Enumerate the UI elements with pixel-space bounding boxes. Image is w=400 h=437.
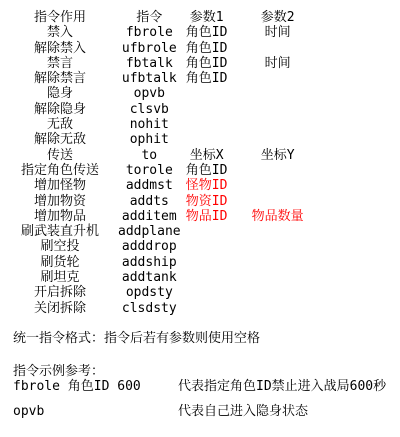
param2-cell [233,224,323,239]
table-row: 刷武装直升机addplane [2,224,323,239]
table-row: 增加物品additem物品ID物品数量 [2,209,323,224]
example-description: 代表指定角色ID禁止进入战局600秒 [178,379,400,394]
table-row: 开启拆除opdsty [2,285,323,300]
param2-cell [233,301,323,316]
action-cell: 指定角色传送 [2,163,118,178]
param2-cell [233,86,323,101]
action-cell: 刷货轮 [2,255,118,270]
param1-cell: 角色ID [181,71,233,86]
param1-cell: 角色ID [181,163,233,178]
param2-cell [233,270,323,285]
table-row: 禁入fbrole角色ID时间 [2,25,323,40]
example-row: fbrole 角色ID 600 代表指定角色ID禁止进入战局600秒 [13,379,400,394]
param1-cell [181,117,233,132]
examples-title: 指令示例参考： [13,364,400,379]
param1-cell: 怪物ID [181,178,233,193]
action-cell: 刷空投 [2,239,118,254]
action-cell: 解除隐身 [2,102,118,117]
param2-cell [233,194,323,209]
command-cell: addship [118,255,181,270]
table-row: 刷货轮addship [2,255,323,270]
table-row: 禁言fbtalk角色ID时间 [2,56,323,71]
table-row: 解除无敌ophit [2,132,323,147]
action-cell: 解除无敌 [2,132,118,147]
action-cell: 禁入 [2,25,118,40]
command-cell: additem [118,209,181,224]
param1-cell [181,255,233,270]
param2-cell [233,117,323,132]
table-header-row: 指令作用 指令 参数1 参数2 [2,10,323,25]
example-command: opvb [13,404,178,419]
command-cell: opvb [118,86,181,101]
action-cell: 开启拆除 [2,285,118,300]
command-cell: clsvb [118,102,181,117]
table-row: 解除隐身clsvb [2,102,323,117]
param1-cell: 物资ID [181,194,233,209]
param2-cell [233,41,323,56]
action-cell: 增加物品 [2,209,118,224]
param2-cell: 时间 [233,25,323,40]
table-row: 指定角色传送torole角色ID [2,163,323,178]
param2-cell [233,71,323,86]
param2-cell [233,132,323,147]
command-cell: fbtalk [118,56,181,71]
action-cell: 增加物资 [2,194,118,209]
table-row: 传送to坐标X坐标Y [2,148,323,163]
header-command: 指令 [118,10,181,25]
param1-cell [181,132,233,147]
command-cell: adddrop [118,239,181,254]
action-cell: 无敌 [2,117,118,132]
command-cell: fbrole [118,25,181,40]
param2-cell [233,163,323,178]
table-row: 关闭拆除clsdsty [2,301,323,316]
table-row: 刷空投adddrop [2,239,323,254]
header-param2: 参数2 [233,10,323,25]
param1-cell [181,102,233,117]
format-note: 统一指令格式：指令后若有参数则使用空格 [13,331,400,346]
action-cell: 禁言 [2,56,118,71]
param2-cell: 物品数量 [233,209,323,224]
action-cell: 传送 [2,148,118,163]
command-cell: to [118,148,181,163]
action-cell: 刷武装直升机 [2,224,118,239]
header-param1: 参数1 [181,10,233,25]
param1-cell: 物品ID [181,209,233,224]
command-cell: addts [118,194,181,209]
command-table: 指令作用 指令 参数1 参数2 禁入fbrole角色ID时间解除禁入ufbrol… [2,10,323,316]
command-cell: ophit [118,132,181,147]
param2-cell [233,285,323,300]
command-cell: torole [118,163,181,178]
param1-cell: 角色ID [181,56,233,71]
example-row: opvb 代表自己进入隐身状态 [13,404,400,419]
param1-cell [181,239,233,254]
param2-cell: 时间 [233,56,323,71]
param2-cell [233,255,323,270]
action-cell: 解除禁入 [2,41,118,56]
command-cell: addmst [118,178,181,193]
command-cell: nohit [118,117,181,132]
param1-cell [181,270,233,285]
header-action: 指令作用 [2,10,118,25]
example-description: 代表自己进入隐身状态 [178,404,400,419]
table-row: 解除禁入ufbrole角色ID [2,41,323,56]
action-cell: 解除禁言 [2,71,118,86]
example-command: fbrole 角色ID 600 [13,379,178,394]
param2-cell [233,102,323,117]
command-cell: ufbrole [118,41,181,56]
action-cell: 隐身 [2,86,118,101]
param2-cell [233,239,323,254]
param2-cell: 坐标Y [233,148,323,163]
command-table-body: 禁入fbrole角色ID时间解除禁入ufbrole角色ID禁言fbtalk角色I… [2,25,323,316]
command-cell: addplane [118,224,181,239]
table-row: 刷坦克addtank [2,270,323,285]
command-cell: clsdsty [118,301,181,316]
param1-cell [181,285,233,300]
table-row: 增加物资addts物资ID [2,194,323,209]
action-cell: 增加怪物 [2,178,118,193]
table-row: 隐身opvb [2,86,323,101]
param1-cell: 坐标X [181,148,233,163]
param1-cell [181,224,233,239]
param2-cell [233,178,323,193]
param1-cell: 角色ID [181,41,233,56]
table-row: 解除禁言ufbtalk角色ID [2,71,323,86]
table-row: 增加怪物addmst怪物ID [2,178,323,193]
action-cell: 关闭拆除 [2,301,118,316]
action-cell: 刷坦克 [2,270,118,285]
command-cell: opdsty [118,285,181,300]
table-row: 无敌nohit [2,117,323,132]
command-cell: ufbtalk [118,71,181,86]
command-cell: addtank [118,270,181,285]
param1-cell: 角色ID [181,25,233,40]
param1-cell [181,86,233,101]
param1-cell [181,301,233,316]
